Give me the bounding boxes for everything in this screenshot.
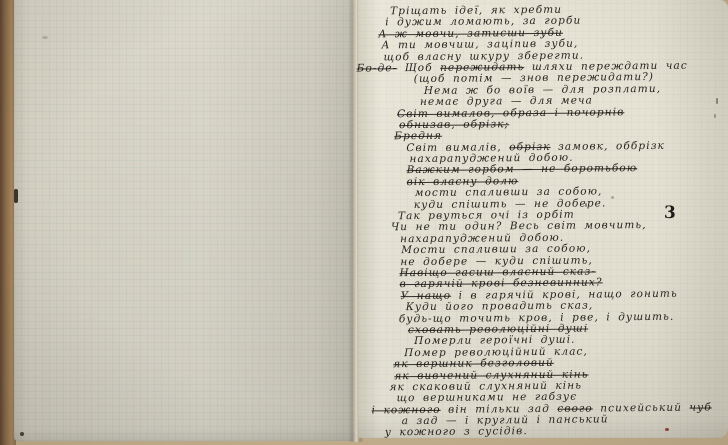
staple-mark [14,189,18,203]
struck-text-segment: і почорнів [547,106,624,119]
paper-speck [42,36,48,39]
text-segment: психейський [593,401,690,414]
text-segment: у кожного з сусідів. [385,426,528,439]
manuscript-text: Тріщать ідеї, як хребтиі дужим ломають, … [342,3,728,439]
punch-dot [20,432,24,436]
text-segment: замовк, оббрізк [551,140,665,153]
struck-text-segment: Важким горбом — не боротьбою [406,163,637,177]
struck-text-segment: чуб [689,401,711,413]
struck-text-segment: обнизав, обрізк; [399,118,509,131]
left-page-blank [14,0,355,441]
struck-text-segment: Бо-де- [357,62,398,74]
notebook-photo: 3 Тріщать ідеї, як хребтиі дужим ломають… [0,0,728,445]
struck-text-segment: образа [503,106,547,118]
